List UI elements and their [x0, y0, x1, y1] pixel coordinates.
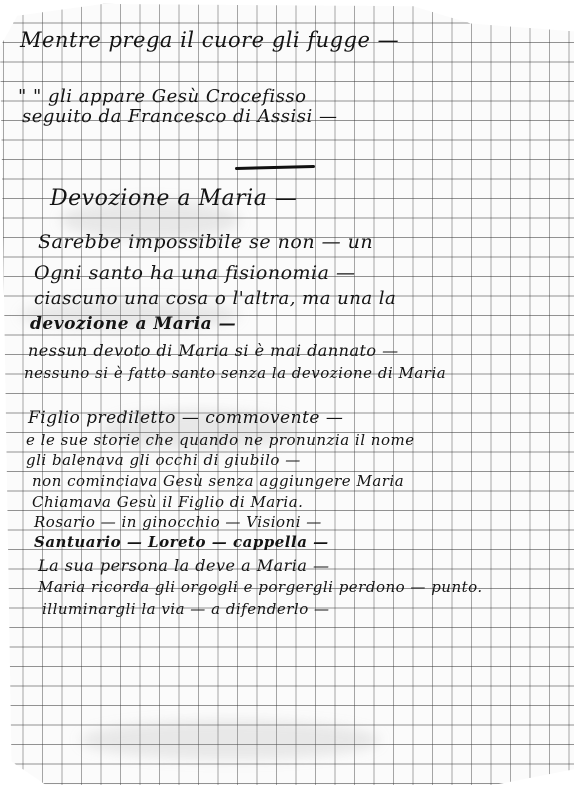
text-line: Santuario — Loreto — cappella —	[34, 533, 329, 551]
text-line: Chiamava Gesù il Figlio di Maria.	[32, 493, 303, 511]
section-title: Devozione a Maria —	[50, 186, 297, 211]
text-line: illuminargli la via — a difenderlo —	[42, 600, 330, 618]
text-line: gli balenava gli occhi di giubilo —	[26, 451, 301, 469]
paper-smudge	[80, 720, 380, 760]
text-line: Figlio prediletto — commovente —	[28, 408, 343, 428]
header-line: " " gli appare Gesù Crocefisso	[18, 86, 307, 107]
text-line: ciascuno una cosa o l'altra, ma una la	[34, 288, 396, 309]
text-line: La sua persona la deve a Maria —	[38, 556, 330, 575]
header-line: seguito da Francesco di Assisi —	[22, 106, 338, 127]
text-line: Maria ricorda gli orgogli e porgergli pe…	[38, 578, 483, 596]
header-line: Mentre prega il cuore gli fugge —	[20, 28, 399, 52]
text-line: non cominciava Gesù senza aggiungere Mar…	[32, 472, 404, 490]
text-line: e le sue storie che quando ne pronunzia …	[26, 431, 415, 449]
text-line: Sarebbe impossibile se non — un	[38, 231, 373, 253]
text-line: Rosario — in ginocchio — Visioni —	[34, 513, 322, 531]
text-line: Ogni santo ha una fisionomia —	[34, 262, 355, 284]
text-line: nessun devoto di Maria si è mai dannato …	[28, 341, 399, 360]
text-line: nessuno si è fatto santo senza la devozi…	[24, 364, 446, 382]
text-line: devozione a Maria —	[30, 314, 236, 334]
